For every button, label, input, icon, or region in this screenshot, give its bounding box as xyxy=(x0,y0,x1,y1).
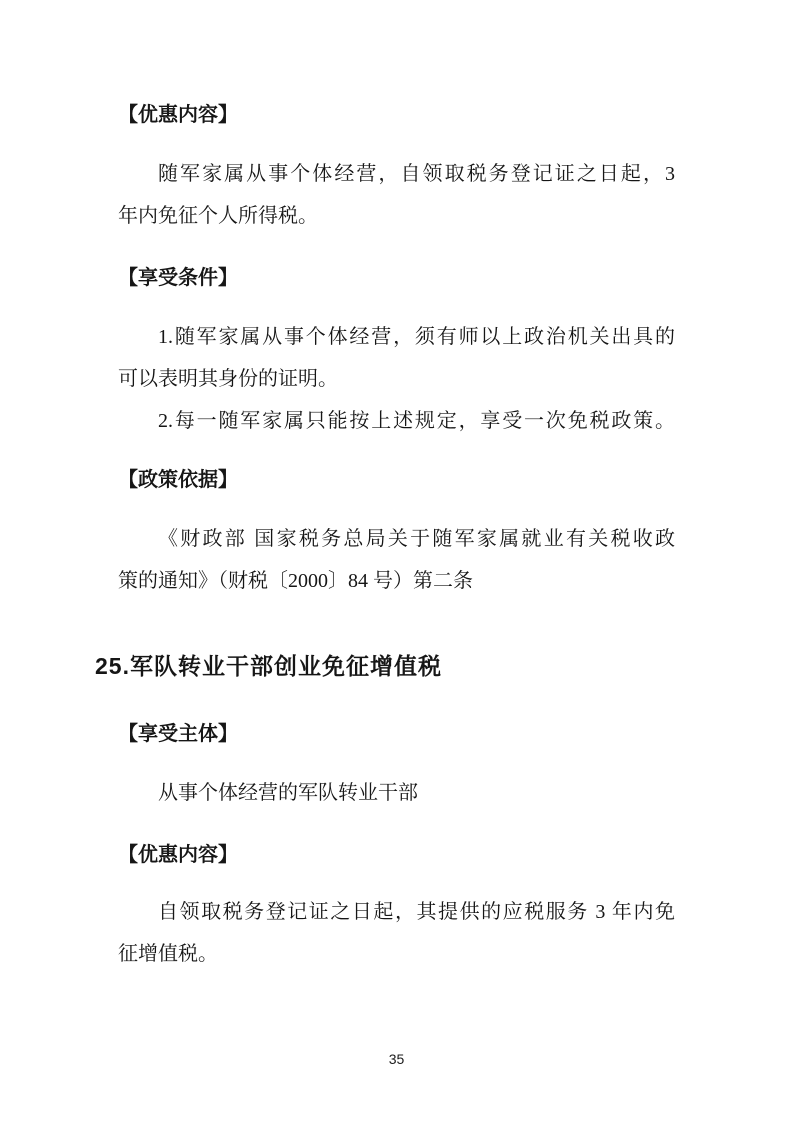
text-line: 可以表明其身份的证明。 xyxy=(118,358,675,400)
heading-benefit-content-25: 【优惠内容】 xyxy=(118,834,675,876)
document-page: 【优惠内容】 随军家属从事个体经营，自领取税务登记证之日起，3 年内免征个人所得… xyxy=(0,0,793,1122)
text-line: 随军家属从事个体经营，自领取税务登记证之日起，3 xyxy=(118,153,675,195)
text-line: 从事个体经营的军队转业干部 xyxy=(118,772,675,814)
text-line: 1.随军家属从事个体经营，须有师以上政治机关出具的 xyxy=(118,316,675,358)
heading-eligibility-conditions: 【享受条件】 xyxy=(118,257,675,299)
text-line: 2.每一随军家属只能按上述规定，享受一次免税政策。 xyxy=(118,400,675,442)
heading-eligible-subject: 【享受主体】 xyxy=(118,713,675,755)
text-line: 征增值税。 xyxy=(118,933,675,975)
page-footer: 35 xyxy=(0,1049,793,1069)
text-line: 年内免征个人所得税。 xyxy=(118,195,675,237)
heading-policy-basis: 【政策依据】 xyxy=(118,459,675,501)
paragraph-eligible-subject: 从事个体经营的军队转业干部 xyxy=(118,772,675,814)
heading-benefit-content: 【优惠内容】 xyxy=(118,94,675,136)
page-number: 35 xyxy=(389,1049,405,1069)
paragraph-conditions: 1.随军家属从事个体经营，须有师以上政治机关出具的 可以表明其身份的证明。 2.… xyxy=(118,316,675,442)
paragraph-policy-basis: 《财政部 国家税务总局关于随军家属就业有关税收政 策的通知》（财税〔2000〕8… xyxy=(118,518,675,602)
section-title-25: 25.军队转业干部创业免征增值税 xyxy=(95,645,675,687)
text-line: 自领取税务登记证之日起，其提供的应税服务 3 年内免 xyxy=(118,891,675,933)
text-line: 策的通知》（财税〔2000〕84 号）第二条 xyxy=(118,560,675,602)
text-line: 《财政部 国家税务总局关于随军家属就业有关税收政 xyxy=(118,518,675,560)
paragraph-benefit-content: 随军家属从事个体经营，自领取税务登记证之日起，3 年内免征个人所得税。 xyxy=(118,153,675,237)
paragraph-benefit-content-25: 自领取税务登记证之日起，其提供的应税服务 3 年内免 征增值税。 xyxy=(118,891,675,975)
